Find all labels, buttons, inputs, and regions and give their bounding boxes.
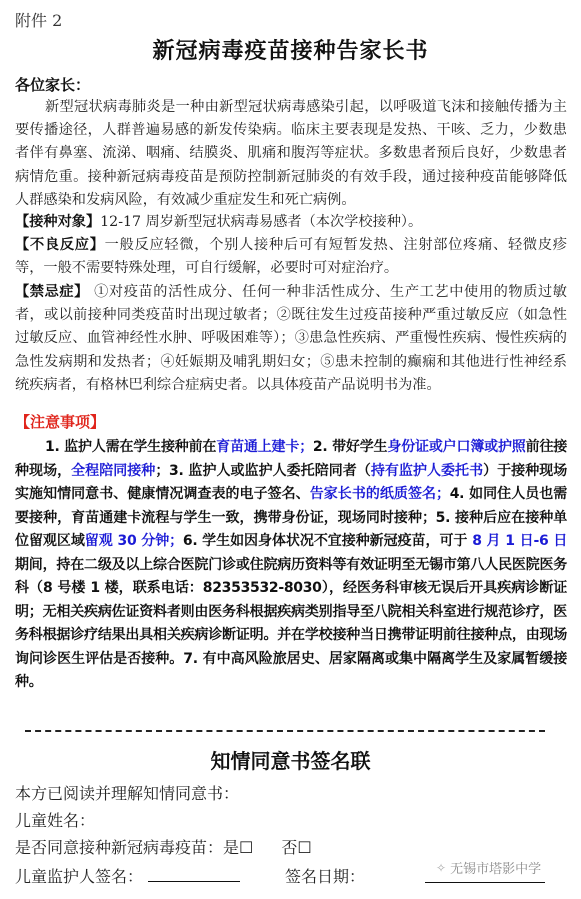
notice-segment: 1. 监护人需在学生接种前在 bbox=[45, 439, 216, 455]
cut-line-divider bbox=[25, 730, 545, 732]
attachment-label: 附件 2 bbox=[15, 8, 62, 31]
section-tag: 【不良反应】 bbox=[15, 237, 105, 253]
notice-document: 附件 2 新冠病毒疫苗接种告家长书 各位家长： 新型冠状病毒肺炎是一种由新型冠状… bbox=[0, 0, 581, 899]
notice-body: 1. 监护人需在学生接种前在育苗通上建卡；2. 带好学生身份证或户口簿或护照前往… bbox=[15, 436, 567, 695]
guardian-signature-field[interactable]: 儿童监护人签名： bbox=[15, 864, 240, 887]
consent-question: 是否同意接种新冠病毒疫苗：是☐否☐ bbox=[15, 835, 312, 858]
guardian-signature-label: 儿童监护人签名： bbox=[15, 867, 143, 886]
watermark: ✧ 无锡市塔影中学 bbox=[436, 858, 541, 877]
notice-highlight: 告家长书的纸质签名； bbox=[310, 486, 450, 502]
intro-paragraph: 新型冠状病毒肺炎是一种由新型冠状病毒感染引起，以呼吸道飞沫和接触传播为主要传播途… bbox=[15, 96, 567, 212]
vaccination-target-section: 【接种对象】12-17 周岁新型冠状病毒易感者（本次学校接种）。 bbox=[15, 211, 567, 234]
notice-segment: 2. 带好学生 bbox=[313, 439, 387, 455]
guardian-signature-line[interactable] bbox=[148, 867, 240, 882]
no-checkbox[interactable]: 否☐ bbox=[281, 838, 311, 857]
section-tag: 【接种对象】 bbox=[15, 214, 100, 230]
notice-highlight: 持有监护人委托书 bbox=[371, 463, 483, 479]
watermark-logo-icon: ✧ bbox=[436, 861, 446, 875]
section-text: 12-17 周岁新型冠状病毒易感者（本次学校接种）。 bbox=[100, 214, 422, 230]
section-tag: 【禁忌症】 bbox=[15, 284, 89, 300]
yes-checkbox[interactable]: 是☐ bbox=[223, 838, 253, 857]
notice-highlight: 全程陪同接种 bbox=[71, 463, 155, 479]
notice-segment: ；3. 监护人或监护人委托陪同者（ bbox=[155, 463, 371, 479]
child-name-field[interactable]: 儿童姓名： bbox=[15, 808, 95, 831]
notice-segment: 6. 学生如因身体状况不宜接种新冠疫苗，可于 bbox=[183, 533, 472, 549]
greeting: 各位家长： bbox=[15, 74, 90, 95]
consent-form-title: 知情同意书签名联 bbox=[0, 745, 581, 774]
notice-heading: 【注意事项】 bbox=[15, 411, 105, 432]
document-title: 新冠病毒疫苗接种告家长书 bbox=[0, 34, 581, 65]
child-name-label: 儿童姓名： bbox=[15, 811, 95, 830]
section-text: ①对疫苗的活性成分、任何一种非活性成分、生产工艺中使用的物质过敏者，或以前接种同… bbox=[15, 284, 567, 393]
notice-highlight: 身份证或户口簿或护照 bbox=[387, 439, 525, 455]
notice-highlight: 留观 30 分钟； bbox=[85, 533, 183, 549]
signature-date-line[interactable] bbox=[425, 882, 545, 883]
read-statement: 本方已阅读并理解知情同意书： bbox=[15, 781, 239, 804]
notice-highlight: 8 月 1 日-6 日 bbox=[472, 533, 567, 549]
watermark-text: 无锡市塔影中学 bbox=[450, 858, 541, 877]
signature-date-label: 签名日期： bbox=[285, 864, 365, 887]
adverse-reactions-section: 【不良反应】一般反应轻微，个别人接种后可有短暂发热、注射部位疼痛、轻微皮疹等，一… bbox=[15, 234, 567, 280]
notice-highlight: 育苗通上建卡； bbox=[216, 439, 313, 455]
consent-question-label: 是否同意接种新冠病毒疫苗： bbox=[15, 838, 223, 857]
notice-segment: 期间，持在二级及以上综合医院门诊或住院病历资料等有效证明至无锡市第八人民医院医务… bbox=[15, 557, 567, 691]
contraindications-section: 【禁忌症】 ①对疫苗的活性成分、任何一种非活性成分、生产工艺中使用的物质过敏者，… bbox=[15, 281, 567, 397]
